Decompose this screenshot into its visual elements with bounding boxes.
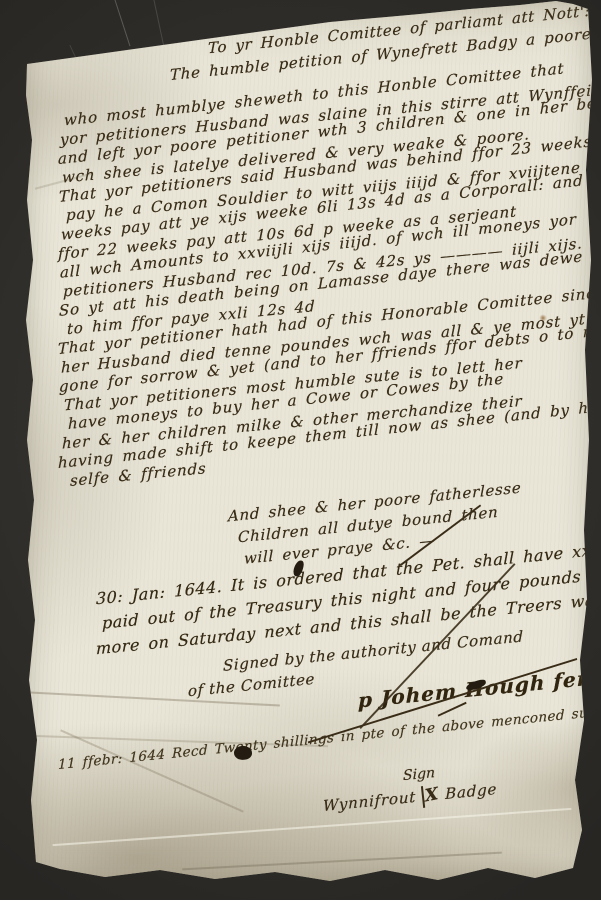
her-mark-icon: X: [421, 783, 440, 808]
manuscript-photo: To yr Honble Comittee of parliamt att No…: [0, 0, 601, 900]
background-scratch: [112, 0, 131, 46]
petitioner-last-name: Badge: [445, 780, 497, 803]
paper-crease: [182, 852, 502, 871]
handwriting-layer: To yr Honble Comittee of parliamt att No…: [58, 1, 583, 843]
petition-body: who most humblye sheweth to this Honble …: [58, 61, 583, 492]
paper-sheet: To yr Honble Comittee of parliamt att No…: [22, 0, 596, 884]
petitioner-first-name: Wynnifrout: [323, 788, 416, 815]
ink-blot: [234, 745, 252, 761]
